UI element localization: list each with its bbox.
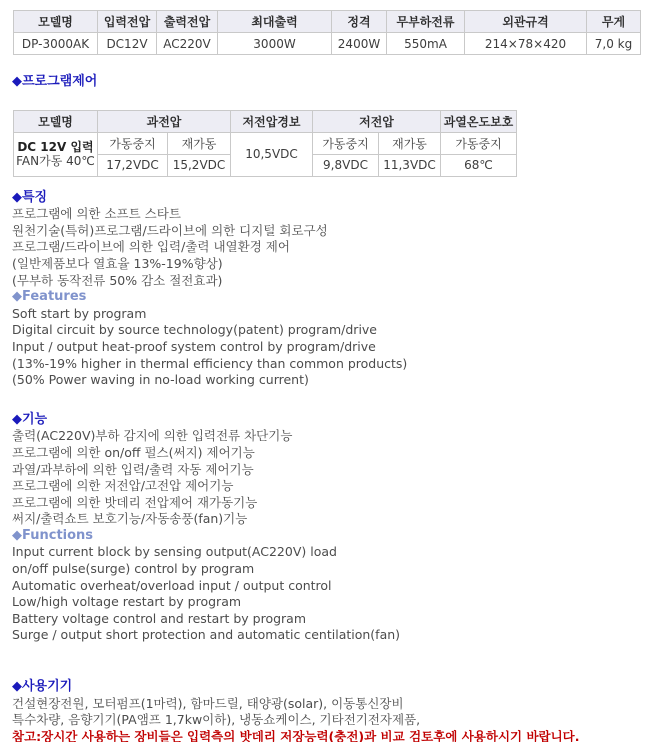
- spec-header-rating: 정격: [332, 11, 387, 33]
- text-line: (50% Power waving in no-load working cur…: [12, 372, 639, 389]
- text-line: Soft start by program: [12, 306, 639, 323]
- pc-header-undervoltage: 저전압: [313, 110, 441, 132]
- pc-table-header-row: 모델명 과전압 저전압경보 저전압 과열온도보호: [14, 110, 517, 132]
- pc-uv-restart-value: 11,3VDC: [379, 154, 441, 176]
- pc-ov-stop-label: 가동중지: [98, 132, 168, 154]
- functions-en-section: ◆Functions Input current block by sensin…: [12, 528, 639, 644]
- spec-header-model: 모델명: [14, 11, 98, 33]
- text-line: 건설현장전원, 모터펌프(1마력), 함마드릴, 태양광(solar), 이동통…: [12, 696, 639, 713]
- spec-value-input-voltage: DC12V: [98, 33, 157, 55]
- pc-model-line2: FAN가동 40℃: [16, 154, 95, 168]
- spec-header-output-voltage: 출력전압: [157, 11, 218, 33]
- text-line: (무부하 동작전류 50% 감소 절전효과): [12, 273, 639, 290]
- text-line: on/off pulse(surge) control by program: [12, 561, 639, 578]
- pc-header-overvoltage: 과전압: [98, 110, 231, 132]
- program-control-table: 모델명 과전압 저전압경보 저전압 과열온도보호 DC 12V 입력 FAN가동…: [13, 110, 517, 177]
- pc-ov-restart-value: 15,2VDC: [168, 154, 231, 176]
- text-line: 프로그램에 의한 소프트 스타트: [12, 206, 639, 223]
- text-line: Input current block by sensing output(AC…: [12, 544, 639, 561]
- text-line: 특수차량, 음향기기(PA앰프 1,7kw이하), 냉동쇼케이스, 기타전기전자…: [12, 712, 639, 729]
- spec-value-noload-current: 550mA: [387, 33, 465, 55]
- text-line: Input / output heat-proof system control…: [12, 339, 639, 356]
- text-line: 과열/과부하에 의한 입력/출력 자동 제어기능: [12, 462, 639, 479]
- spec-table: 모델명 입력전압 출력전압 최대출력 정격 무부하전류 외관규격 무게 DP-3…: [13, 10, 641, 55]
- pc-uv-restart-label: 재가동: [379, 132, 441, 154]
- section-heading-program-control: ◆프로그램제어: [12, 74, 639, 91]
- features-kr-section: ◆특징 프로그램에 의한 소프트 스타트 원천기술(특허)프로그램/드라이브에 …: [12, 190, 639, 290]
- text-line: 프로그램에 의한 밧데리 전압제어 재가동기능: [12, 495, 639, 512]
- text-line: 프로그램에 의한 저전압/고전압 제어기능: [12, 478, 639, 495]
- text-line: Surge / output short protection and auto…: [12, 627, 639, 644]
- caution-note: 참고:장시간 사용하는 장비들은 입력측의 밧데리 저장능력(충전)과 비교 검…: [12, 729, 639, 742]
- text-line: (13%-19% higher in thermal efficiency th…: [12, 356, 639, 373]
- spec-value-output-voltage: AC220V: [157, 33, 218, 55]
- section-heading-features-en: ◆Features: [12, 289, 639, 306]
- pc-overheat-value: 68℃: [441, 154, 517, 176]
- spec-header-noload-current: 무부하전류: [387, 11, 465, 33]
- functions-kr-section: ◆기능 출력(AC220V)부하 감지에 의한 입력전류 차단기능 프로그램에 …: [12, 412, 639, 528]
- spec-header-input-voltage: 입력전압: [98, 11, 157, 33]
- section-heading-devices: ◆사용기기: [12, 679, 639, 696]
- spec-table-value-row: DP-3000AK DC12V AC220V 3000W 2400W 550mA…: [14, 33, 641, 55]
- pc-model-line1: DC 12V 입력: [16, 140, 95, 154]
- pc-header-overheat-protection: 과열온도보호: [441, 110, 517, 132]
- pc-ov-stop-value: 17,2VDC: [98, 154, 168, 176]
- features-en-section: ◆Features Soft start by program Digital …: [12, 289, 639, 389]
- spec-header-max-output: 최대출력: [218, 11, 332, 33]
- text-line: Battery voltage control and restart by p…: [12, 611, 639, 628]
- spec-value-max-output: 3000W: [218, 33, 332, 55]
- pc-ov-restart-label: 재가동: [168, 132, 231, 154]
- section-heading-functions-kr: ◆기능: [12, 412, 639, 429]
- spec-value-weight: 7,0 kg: [587, 33, 641, 55]
- spec-table-header-row: 모델명 입력전압 출력전압 최대출력 정격 무부하전류 외관규격 무게: [14, 11, 641, 33]
- pc-model-cell: DC 12V 입력 FAN가동 40℃: [14, 132, 98, 176]
- spec-value-model: DP-3000AK: [14, 33, 98, 55]
- spec-header-weight: 무게: [587, 11, 641, 33]
- text-line: 써지/출력쇼트 보호기능/자동송풍(fan)기능: [12, 511, 639, 528]
- text-line: 프로그램에 의한 on/off 펄스(써지) 제어기능: [12, 445, 639, 462]
- spec-header-dimensions: 외관규격: [465, 11, 587, 33]
- pc-uv-stop-value: 9,8VDC: [313, 154, 379, 176]
- pc-uv-stop-label: 가동중지: [313, 132, 379, 154]
- text-line: 원천기술(특허)프로그램/드라이브에 의한 디지털 회로구성: [12, 223, 639, 240]
- pc-overheat-label: 가동중지: [441, 132, 517, 154]
- text-line: (일반제품보다 열효율 13%-19%향상): [12, 256, 639, 273]
- page-content: 모델명 입력전압 출력전압 최대출력 정격 무부하전류 외관규격 무게 DP-3…: [0, 0, 650, 742]
- pc-low-voltage-alarm-value: 10,5VDC: [231, 132, 313, 176]
- text-line: 출력(AC220V)부하 감지에 의한 입력전류 차단기능: [12, 428, 639, 445]
- text-line: Digital circuit by source technology(pat…: [12, 322, 639, 339]
- pc-table-row-1: DC 12V 입력 FAN가동 40℃ 가동중지 재가동 10,5VDC 가동중…: [14, 132, 517, 154]
- section-heading-functions-en: ◆Functions: [12, 528, 639, 545]
- text-line: Automatic overheat/overload input / outp…: [12, 578, 639, 595]
- spec-value-rating: 2400W: [332, 33, 387, 55]
- pc-header-low-voltage-alarm: 저전압경보: [231, 110, 313, 132]
- pc-header-model: 모델명: [14, 110, 98, 132]
- devices-section: ◆사용기기 건설현장전원, 모터펌프(1마력), 함마드릴, 태양광(solar…: [12, 679, 639, 742]
- spec-value-dimensions: 214×78×420: [465, 33, 587, 55]
- text-line: 프로그램/드라이브에 의한 입력/출력 내열환경 제어: [12, 239, 639, 256]
- text-line: Low/high voltage restart by program: [12, 594, 639, 611]
- section-heading-features-kr: ◆특징: [12, 190, 639, 207]
